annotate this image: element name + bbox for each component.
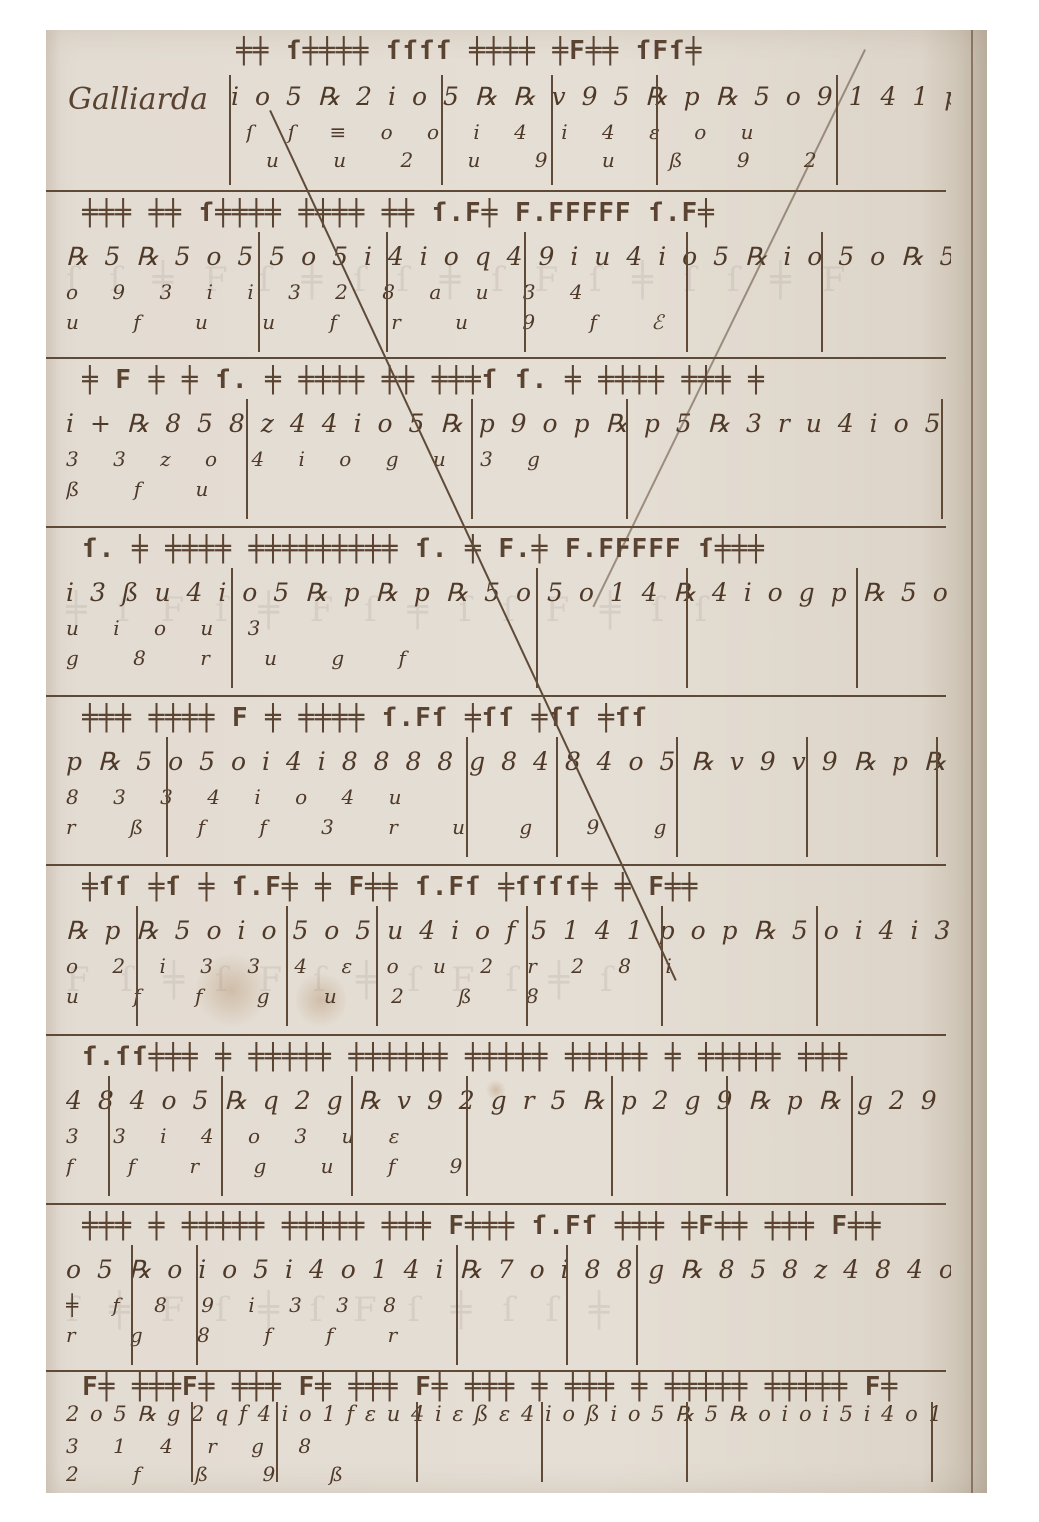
piece-title: Galliarda [68, 82, 208, 117]
bar-line [526, 906, 528, 1026]
bar-line [524, 232, 526, 352]
tablature-system-3: ╪ F ╪ ╪ ſ. ╪ ╪╪╪╪ ╪╪ ╪╪╪ſ ſ. ╪ ╪╪╪╪ ╪╪╪ … [46, 359, 971, 526]
bar-line [166, 737, 168, 857]
bar-line [456, 1245, 458, 1365]
tablature-system-4: ſ. ╪ ╪╪╪╪ ╪╪╪╪╪╪╪╪╪ ſ. ╪ F.╪ F.FFFFF ſ╪╪… [46, 528, 971, 695]
bar-line [286, 906, 288, 1026]
tablature-system-2: ╪╪╪ ╪╪ ſ╪╪╪╪ ╪╪╪╪ ╪╪ ſ.F╪ F.FFFFF ſ.F╪ ℞… [46, 192, 971, 357]
rhythm-flags: ſ.ſſ╪╪╪ ╪ ╪╪╪╪╪ ╪╪╪╪╪╪ ╪╪╪╪╪ ╪╪╪╪╪ ╪ ╪╪╪… [82, 1042, 951, 1072]
tablature-line: ſ ſ ≡ o o i 4 i 4 ε o u [246, 120, 951, 144]
bar-line [258, 232, 260, 352]
bar-line [196, 1245, 198, 1365]
bar-line [466, 1076, 468, 1196]
bar-line [131, 1245, 133, 1365]
rhythm-flags: ╪╪ ſ╪╪╪╪ ſſſſ ╪╪╪╪ ╪F╪╪ ſFſ╪ [236, 36, 951, 66]
tablature-line: u f f g u 2 ß 8 [66, 984, 951, 1008]
tablature-line: r ß f f 3 r u g 9 g [66, 815, 951, 839]
binding-line [971, 30, 973, 1493]
bar-line [386, 232, 388, 352]
rhythm-flags: ╪╪╪ ╪╪╪╪ F ╪ ╪╪╪╪ ſ.Fſ ╪ſſ ╪ſſ ╪ſſ [82, 703, 951, 733]
bar-line [231, 568, 233, 688]
bar-line [686, 232, 688, 352]
rhythm-flags: F╪ ╪╪╪F╪ ╪╪╪ F╪ ╪╪╪ F╪ ╪╪╪ ╪ ╪╪╪ ╪ ╪╪╪╪╪… [82, 1372, 951, 1402]
bar-line [661, 906, 663, 1026]
bar-line [856, 568, 858, 688]
bar-line [191, 1402, 193, 1482]
bar-line [556, 737, 558, 857]
bar-line [471, 399, 473, 519]
bar-line [108, 1076, 110, 1196]
bar-line [941, 399, 943, 519]
tablature-line: g 8 r u g f [66, 646, 951, 670]
rhythm-flags: ſ. ╪ ╪╪╪╪ ╪╪╪╪╪╪╪╪╪ ſ. ╪ F.╪ F.FFFFF ſ╪╪… [82, 534, 951, 564]
bar-line [536, 568, 538, 688]
tablature-system-5: ╪╪╪ ╪╪╪╪ F ╪ ╪╪╪╪ ſ.Fſ ╪ſſ ╪ſſ ╪ſſ p ℞ 5… [46, 697, 971, 864]
rhythm-flags: ╪ F ╪ ╪ ſ. ╪ ╪╪╪╪ ╪╪ ╪╪╪ſ ſ. ╪ ╪╪╪╪ ╪╪╪ … [82, 365, 951, 395]
bar-line [836, 75, 838, 185]
bar-line [816, 906, 818, 1026]
rhythm-flags: ╪╪╪ ╪ ╪╪╪╪╪ ╪╪╪╪╪ ╪╪╪ F╪╪╪ ſ.Fſ ╪╪╪ ╪F╪╪… [82, 1211, 951, 1241]
tablature-line: 8 3 3 4 i o 4 u [66, 785, 951, 809]
tablature-line: f f r g u f 9 [66, 1154, 951, 1178]
bar-line [276, 1402, 278, 1482]
tablature-system-9: F╪ ╪╪╪F╪ ╪╪╪ F╪ ╪╪╪ F╪ ╪╪╪ ╪ ╪╪╪ ╪ ╪╪╪╪╪… [46, 1372, 971, 1493]
bar-line [726, 1076, 728, 1196]
tablature-line: o 9 3 i i 3 2 8 a u 3 4 [66, 280, 951, 304]
manuscript-page: ſ ſ ╪ F ſ ╪ ſ ſ ╪ ſ F ſ ╪ ſ ſ ╪ F ╪ ſ F … [46, 30, 987, 1493]
bar-line [686, 1402, 688, 1482]
bar-line [821, 232, 823, 352]
bar-line [566, 1245, 568, 1365]
tablature-system-1: ╪╪ ſ╪╪╪╪ ſſſſ ╪╪╪╪ ╪F╪╪ ſFſ╪ Galliarda i… [46, 30, 971, 190]
bar-line [541, 1402, 543, 1482]
bar-line [441, 75, 443, 185]
bar-line [351, 1076, 353, 1196]
tablature-line: o 2 i 3 3 4 ε o u 2 r 2 8 i [66, 954, 951, 978]
tablature-line: 4 8 4 o 5 ℞ q 2 g ℞ v 9 2 g r 5 ℞ p 2 g … [66, 1086, 951, 1115]
bar-line [931, 1402, 933, 1482]
bar-line [551, 75, 553, 185]
tablature-line: ℞ 5 ℞ 5 o 5 5 o 5 i 4 i o q 4 9 i u 4 i … [66, 242, 951, 271]
bar-line [806, 737, 808, 857]
tablature-line: r g 8 f f r [66, 1323, 951, 1347]
tablature-system-8: ╪╪╪ ╪ ╪╪╪╪╪ ╪╪╪╪╪ ╪╪╪ F╪╪╪ ſ.Fſ ╪╪╪ ╪F╪╪… [46, 1205, 971, 1370]
tablature-line: u u 2 u 9 u ß 9 2 [266, 148, 951, 172]
bar-line [656, 75, 658, 185]
bar-line [686, 568, 688, 688]
bar-line [626, 399, 628, 519]
bar-line [636, 1245, 638, 1365]
tablature-line: 3 3 z o 4 i o g u 3 g [66, 447, 951, 471]
tablature-system-6: ╪ſſ ╪ſ ╪ ſ.F╪ ╪ F╪╪ ſ.Fſ ╪ſſſſ╪ ╪ F╪╪ ℞ … [46, 866, 971, 1034]
tablature-line: 3 3 i 4 o 3 u ε [66, 1124, 951, 1148]
rhythm-flags: ╪╪╪ ╪╪ ſ╪╪╪╪ ╪╪╪╪ ╪╪ ſ.F╪ F.FFFFF ſ.F╪ [82, 198, 951, 228]
bar-line [376, 906, 378, 1026]
bar-line [466, 737, 468, 857]
bar-line [246, 399, 248, 519]
tablature-line: 3 1 4 r g 8 [66, 1434, 951, 1458]
rhythm-flags: ╪ſſ ╪ſ ╪ ſ.F╪ ╪ F╪╪ ſ.Fſ ╪ſſſſ╪ ╪ F╪╪ [82, 872, 951, 902]
bar-line [229, 75, 231, 185]
tablature-line: ß f u [66, 477, 951, 501]
tablature-line: ╪ f 8 9 i 3 3 8 [66, 1293, 951, 1317]
tablature-line: i 3 ß u 4 i o 5 ℞ p ℞ p ℞ 5 o 5 o 1 4 ℞ … [66, 578, 951, 607]
tablature-system-7: ſ.ſſ╪╪╪ ╪ ╪╪╪╪╪ ╪╪╪╪╪╪ ╪╪╪╪╪ ╪╪╪╪╪ ╪ ╪╪╪… [46, 1036, 971, 1203]
bar-line [936, 737, 938, 857]
tablature-line: ℞ p ℞ 5 o i o 5 o 5 u 4 i o f 5 1 4 1 p … [66, 916, 951, 945]
tablature-line: i + ℞ 8 5 8 z 4 4 i o 5 ℞ p 9 o p ℞ p 5 … [66, 409, 951, 438]
bar-line [416, 1402, 418, 1482]
tablature-line: 2 f ß 9 ß [66, 1462, 951, 1486]
tablature-line: o 5 ℞ o i o 5 i 4 o 1 4 i ℞ 7 o i 8 8 g … [66, 1255, 951, 1284]
bar-line [221, 1076, 223, 1196]
bar-line [851, 1076, 853, 1196]
bar-line [611, 1076, 613, 1196]
bar-line [676, 737, 678, 857]
tablature-line: 2 o 5 ℞ g 2 q f 4 i o 1 f ε u 4 i ε ß ε … [66, 1402, 951, 1426]
bar-line [136, 906, 138, 1026]
tablature-line: u f u u f r u 9 f ℰ [66, 310, 951, 334]
tablature-line: p ℞ 5 o 5 o i 4 i 8 8 8 8 g 8 4 8 4 o 5 … [66, 747, 951, 776]
